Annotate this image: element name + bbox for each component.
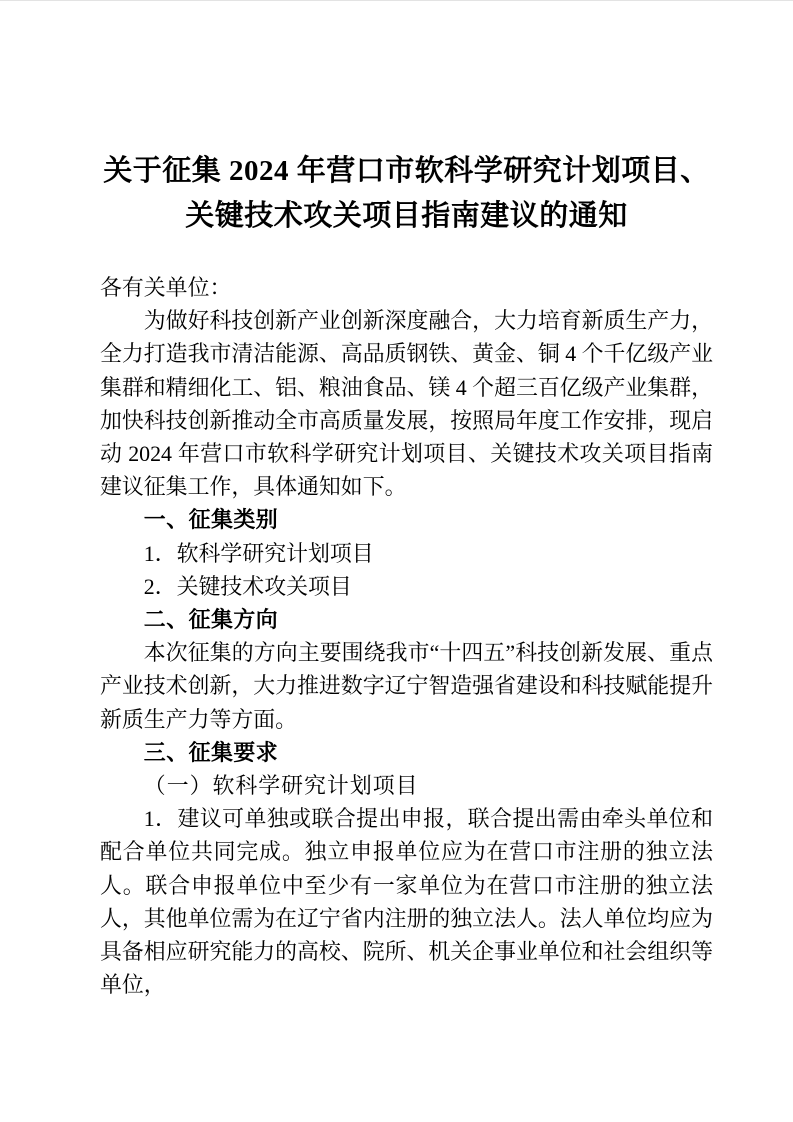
subsection-heading-soft-science: （一）软科学研究计划项目 [100, 769, 713, 802]
directions-paragraph: 本次征集的方向主要围绕我市“十四五”科技创新发展、重点产业技术创新，大力推进数字… [100, 636, 713, 736]
section-heading-categories: 一、征集类别 [100, 503, 713, 536]
category-item-1: 1．软科学研究计划项目 [100, 537, 713, 570]
title-line-2: 关键技术攻关项目指南建议的通知 [100, 194, 713, 239]
document-title: 关于征集 2024 年营口市软科学研究计划项目、 关键技术攻关项目指南建议的通知 [100, 149, 713, 239]
intro-paragraph: 为做好科技创新产业创新深度融合，大力培育新质生产力，全力打造我市清洁能源、高品质… [100, 304, 713, 503]
section-heading-requirements: 三、征集要求 [100, 736, 713, 769]
salutation: 各有关单位： [100, 271, 713, 304]
requirements-paragraph-1: 1．建议可单独或联合提出申报，联合提出需由牵头单位和配合单位共同完成。独立申报单… [100, 802, 713, 1001]
section-heading-directions: 二、征集方向 [100, 603, 713, 636]
category-item-2: 2．关键技术攻关项目 [100, 570, 713, 603]
document-page: 关于征集 2024 年营口市软科学研究计划项目、 关键技术攻关项目指南建议的通知… [0, 0, 793, 1122]
document-body: 各有关单位： 为做好科技创新产业创新深度融合，大力培育新质生产力，全力打造我市清… [100, 271, 713, 1001]
title-line-1: 关于征集 2024 年营口市软科学研究计划项目、 [100, 149, 713, 194]
